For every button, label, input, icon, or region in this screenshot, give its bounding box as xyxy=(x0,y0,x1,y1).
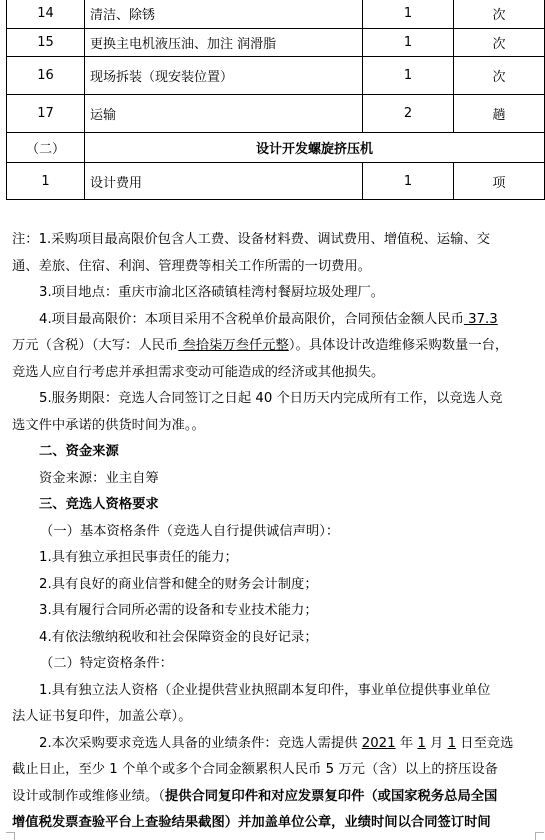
note-4-amount-words: 叁拾柒万叁仟元整 xyxy=(178,338,289,353)
table-row: 16 现场拆装（现安装位置） 1 次 xyxy=(7,57,545,95)
section-title: 设计开发螺旋挤压机 xyxy=(85,133,545,163)
row-number: 1 xyxy=(7,163,85,200)
row-unit: 次 xyxy=(454,57,545,95)
funding-text: 资金来源：业主自筹 xyxy=(12,466,538,493)
note-1-line-2: 通、差旅、住宿、利润、管理费等相关工作所需的一切费用。 xyxy=(12,254,538,281)
table-row: 17 运输 2 趟 xyxy=(7,95,545,133)
specific-2-line-2: 截止日止，至少 1 个单个或多个合同金额累积人民币 5 万元（含）以上的挤压设备 xyxy=(12,757,538,784)
specific-2-line-4: 增值税发票查验平台上查验结果截图）并加盖单位公章，业绩时间以合同签订时间 xyxy=(12,810,538,837)
note-4-text: ）。具体设计改造维修采购数量一台， xyxy=(289,338,508,353)
basic-qualification-item: 3.具有履行合同所必需的设备和专业技术能力； xyxy=(12,598,538,625)
basic-qualification-item: 2.具有良好的商业信誉和健全的财务会计制度； xyxy=(12,572,538,599)
specific-1-line-1: 1.具有独立法人资格（企业提供营业执照副本复印件，事业单位提供事业单位 xyxy=(12,678,538,705)
page-corner-mark xyxy=(535,832,544,840)
row-item: 清洁、除锈 xyxy=(85,0,363,29)
specific-2-prefix: 2.本次采购要求竞选人具备的业绩条件：竞选人需提供 xyxy=(39,736,362,751)
row-item: 运输 xyxy=(85,95,363,133)
row-number: 17 xyxy=(7,95,85,133)
section-number: （二） xyxy=(7,133,85,163)
row-item: 现场拆装（现安装位置） xyxy=(85,57,363,95)
specific-2-day: 1 xyxy=(448,736,456,751)
row-quantity: 1 xyxy=(363,57,454,95)
row-item: 设计费用 xyxy=(85,163,363,200)
table-section-row: （二） 设计开发螺旋挤压机 xyxy=(7,133,545,163)
specific-2-month: 1 xyxy=(417,736,425,751)
row-quantity: 2 xyxy=(363,95,454,133)
row-quantity: 1 xyxy=(363,29,454,57)
row-unit: 项 xyxy=(454,163,545,200)
note-4-amount: 37.3 xyxy=(464,312,498,327)
row-unit: 趟 xyxy=(454,95,545,133)
specific-2-line-1: 2.本次采购要求竞选人具备的业绩条件：竞选人需提供 2021 年 1 月 1 日… xyxy=(12,731,538,758)
funding-heading: 二、资金来源 xyxy=(12,439,538,466)
note-4-line-3: 竞选人应自行考虑并承担需求变动可能造成的经济或其他损失。 xyxy=(12,360,538,387)
row-unit: 次 xyxy=(454,0,545,29)
row-number: 14 xyxy=(7,0,85,29)
basic-qualification-item: 4.有依法缴纳税收和社会保障资金的良好记录； xyxy=(12,625,538,652)
basic-qualification-heading: （一）基本资格条件（竞选人自行提供诚信声明）： xyxy=(12,519,538,546)
document-body: 注：1.采购项目最高限价包含人工费、设备材料费、调试费用、增值税、运输、交 通、… xyxy=(12,227,538,837)
note-4-line-2: 万元（含税）（大写：人民币 叁拾柒万叁仟元整）。具体设计改造维修采购数量一台， xyxy=(12,333,538,360)
qualification-heading: 三、竞选人资格要求 xyxy=(12,492,538,519)
table-row: 15 更换主电机液压油、加注 润滑脂 1 次 xyxy=(7,29,545,57)
note-5-line-1: 5.服务期限：竞选人合同签订之日起 40 个日历天内完成所有工作，以竞选人竞 xyxy=(12,386,538,413)
note-4-line-1: 4.项目最高限价：本项目采用不含税单价最高限价，合同预估金额人民币 37.3 xyxy=(12,307,538,334)
specific-1-line-2: 法人证书复印件，加盖公章）。 xyxy=(12,704,538,731)
specific-qualification-heading: （二）特定资格条件： xyxy=(12,651,538,678)
note-5-line-2: 选文件中承诺的供货时间为准。。 xyxy=(12,413,538,440)
row-unit: 次 xyxy=(454,29,545,57)
specific-2-line-3: 设计或制作或维修业绩。（提供合同复印件和对应发票复印件（或国家税务总局全国 xyxy=(12,784,538,811)
table-row: 1 设计费用 1 项 xyxy=(7,163,545,200)
specific-2-requirement: 提供合同复印件和对应发票复印件（或国家税务总局全国 xyxy=(165,789,497,804)
row-number: 15 xyxy=(7,29,85,57)
specific-2-text: 月 xyxy=(426,736,448,751)
row-quantity: 1 xyxy=(363,0,454,29)
row-quantity: 1 xyxy=(363,163,454,200)
row-number: 16 xyxy=(7,57,85,95)
note-4-text: 万元（含税）（大写：人民币 xyxy=(12,338,178,353)
note-4-prefix: 4.项目最高限价：本项目采用不含税单价最高限价，合同预估金额人民币 xyxy=(39,312,464,327)
specific-2-text: 年 xyxy=(396,736,418,751)
basic-qualification-item: 1.具有独立承担民事责任的能力； xyxy=(12,545,538,572)
note-3: 3.项目地点：重庆市渝北区洛碛镇桂湾村餐厨垃圾处理厂。 xyxy=(12,280,538,307)
procurement-items-table: 14 清洁、除锈 1 次 15 更换主电机液压油、加注 润滑脂 1 次 16 现… xyxy=(6,0,545,200)
table-row: 14 清洁、除锈 1 次 xyxy=(7,0,545,29)
specific-2-text: 设计或制作或维修业绩。（ xyxy=(12,789,165,804)
specific-2-year: 2021 xyxy=(362,736,396,751)
specific-2-text: 日至竞选 xyxy=(456,736,513,751)
note-1-line-1: 注：1.采购项目最高限价包含人工费、设备材料费、调试费用、增值税、运输、交 xyxy=(12,227,538,254)
row-item: 更换主电机液压油、加注 润滑脂 xyxy=(85,29,363,57)
page-corner-mark xyxy=(6,832,15,840)
